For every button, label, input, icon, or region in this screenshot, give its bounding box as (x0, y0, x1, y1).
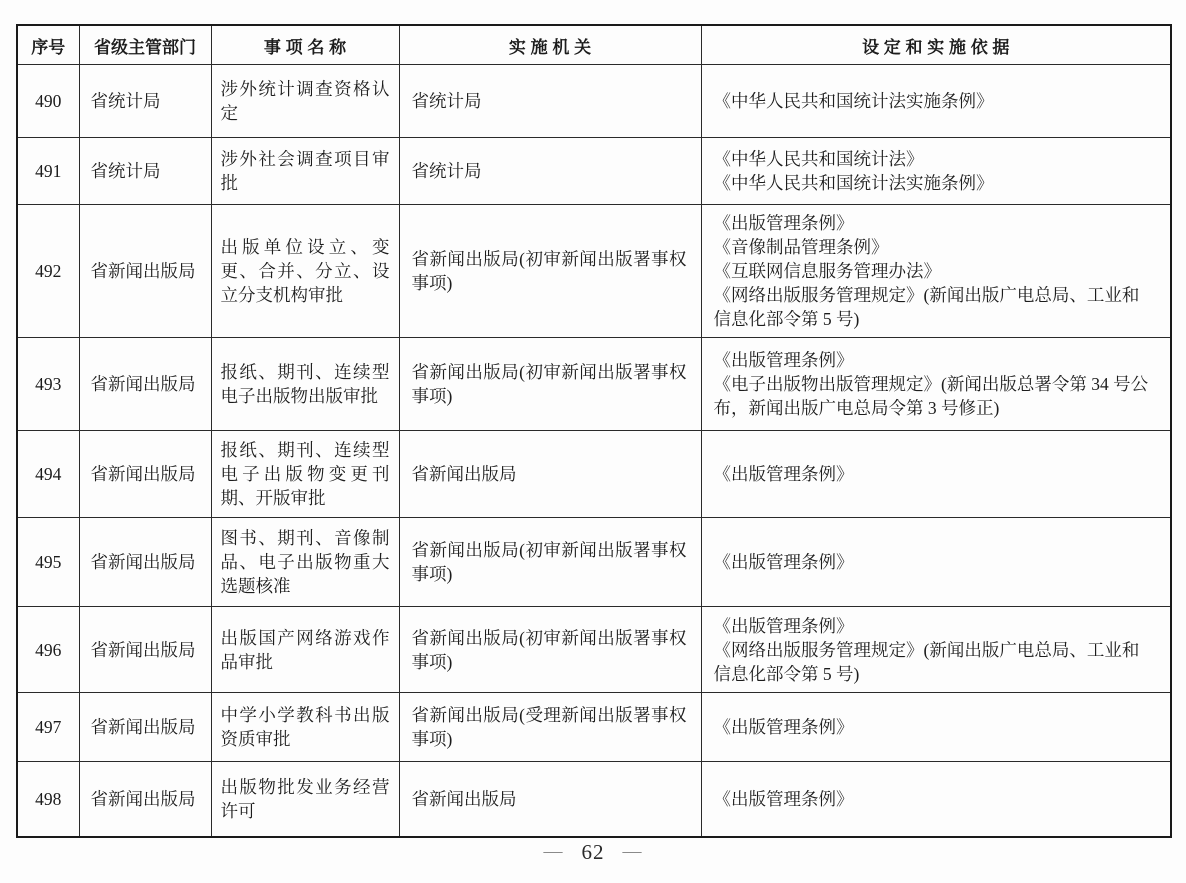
cell-item-name: 涉外社会调查项目审批 (211, 138, 399, 205)
table-row: 492 省新闻出版局 出版单位设立、变更、合并、分立、设立分支机构审批 省新闻出… (17, 205, 1171, 338)
table-row: 493 省新闻出版局 报纸、期刊、连续型电子出版物出版审批 省新闻出版局(初审新… (17, 338, 1171, 431)
cell-legal-basis: 《出版管理条例》 (701, 762, 1171, 837)
cell-implementing-agency: 省新闻出版局 (399, 431, 701, 518)
cell-department: 省新闻出版局 (79, 762, 211, 837)
cell-implementing-agency: 省新闻出版局(初审新闻出版署事权事项) (399, 607, 701, 693)
table-row: 496 省新闻出版局 出版国产网络游戏作品审批 省新闻出版局(初审新闻出版署事权… (17, 607, 1171, 693)
cell-implementing-agency: 省新闻出版局(初审新闻出版署事权事项) (399, 338, 701, 431)
cell-legal-basis: 《出版管理条例》 《电子出版物出版管理规定》(新闻出版总署令第 34 号公布，新… (701, 338, 1171, 431)
table-row: 495 省新闻出版局 图书、期刊、音像制品、电子出版物重大选题核准 省新闻出版局… (17, 518, 1171, 607)
cell-department: 省统计局 (79, 138, 211, 205)
table-row: 497 省新闻出版局 中学小学教科书出版资质审批 省新闻出版局(受理新闻出版署事… (17, 693, 1171, 762)
cell-legal-basis: 《出版管理条例》 (701, 518, 1171, 607)
cell-department: 省新闻出版局 (79, 693, 211, 762)
cell-implementing-agency: 省统计局 (399, 138, 701, 205)
cell-serial-number: 494 (17, 431, 79, 518)
cell-item-name: 报纸、期刊、连续型电子出版物出版审批 (211, 338, 399, 431)
cell-legal-basis: 《中华人民共和国统计法实施条例》 (701, 65, 1171, 138)
cell-implementing-agency: 省新闻出版局(初审新闻出版署事权事项) (399, 205, 701, 338)
cell-item-name: 出版物批发业务经营许可 (211, 762, 399, 837)
cell-serial-number: 490 (17, 65, 79, 138)
cell-department: 省统计局 (79, 65, 211, 138)
cell-implementing-agency: 省统计局 (399, 65, 701, 138)
cell-item-name: 报纸、期刊、连续型电子出版物变更刊期、开版审批 (211, 431, 399, 518)
cell-item-name: 中学小学教科书出版资质审批 (211, 693, 399, 762)
table-header-row: 序号 省级主管部门 事 项 名 称 实 施 机 关 设 定 和 实 施 依 据 (17, 25, 1171, 65)
cell-item-name: 图书、期刊、音像制品、电子出版物重大选题核准 (211, 518, 399, 607)
table-row: 494 省新闻出版局 报纸、期刊、连续型电子出版物变更刊期、开版审批 省新闻出版… (17, 431, 1171, 518)
footer-dash-right: — (623, 841, 643, 862)
cell-implementing-agency: 省新闻出版局(受理新闻出版署事权事项) (399, 693, 701, 762)
table-body: 490 省统计局 涉外统计调查资格认定 省统计局 《中华人民共和国统计法实施条例… (17, 65, 1171, 837)
table-row: 491 省统计局 涉外社会调查项目审批 省统计局 《中华人民共和国统计法》 《中… (17, 138, 1171, 205)
cell-serial-number: 496 (17, 607, 79, 693)
cell-implementing-agency: 省新闻出版局(初审新闻出版署事权事项) (399, 518, 701, 607)
approval-items-table: 序号 省级主管部门 事 项 名 称 实 施 机 关 设 定 和 实 施 依 据 … (16, 24, 1172, 838)
cell-item-name: 出版单位设立、变更、合并、分立、设立分支机构审批 (211, 205, 399, 338)
page-number: 62 (582, 840, 605, 864)
cell-serial-number: 495 (17, 518, 79, 607)
table-row: 498 省新闻出版局 出版物批发业务经营许可 省新闻出版局 《出版管理条例》 (17, 762, 1171, 837)
cell-legal-basis: 《出版管理条例》 《网络出版服务管理规定》(新闻出版广电总局、工业和信息化部令第… (701, 607, 1171, 693)
column-header-department: 省级主管部门 (79, 25, 211, 65)
footer-dash-left: — (544, 841, 564, 862)
cell-legal-basis: 《中华人民共和国统计法》 《中华人民共和国统计法实施条例》 (701, 138, 1171, 205)
cell-serial-number: 492 (17, 205, 79, 338)
cell-department: 省新闻出版局 (79, 607, 211, 693)
cell-department: 省新闻出版局 (79, 205, 211, 338)
cell-serial-number: 493 (17, 338, 79, 431)
cell-item-name: 涉外统计调查资格认定 (211, 65, 399, 138)
column-header-serial: 序号 (17, 25, 79, 65)
column-header-basis: 设 定 和 实 施 依 据 (701, 25, 1171, 65)
page-footer: —62— (0, 840, 1186, 865)
cell-department: 省新闻出版局 (79, 518, 211, 607)
column-header-agency: 实 施 机 关 (399, 25, 701, 65)
cell-department: 省新闻出版局 (79, 431, 211, 518)
cell-legal-basis: 《出版管理条例》 (701, 431, 1171, 518)
cell-serial-number: 497 (17, 693, 79, 762)
table-row: 490 省统计局 涉外统计调查资格认定 省统计局 《中华人民共和国统计法实施条例… (17, 65, 1171, 138)
cell-department: 省新闻出版局 (79, 338, 211, 431)
cell-serial-number: 498 (17, 762, 79, 837)
column-header-item-name: 事 项 名 称 (211, 25, 399, 65)
cell-implementing-agency: 省新闻出版局 (399, 762, 701, 837)
cell-serial-number: 491 (17, 138, 79, 205)
cell-item-name: 出版国产网络游戏作品审批 (211, 607, 399, 693)
cell-legal-basis: 《出版管理条例》 《音像制品管理条例》 《互联网信息服务管理办法》 《网络出版服… (701, 205, 1171, 338)
cell-legal-basis: 《出版管理条例》 (701, 693, 1171, 762)
